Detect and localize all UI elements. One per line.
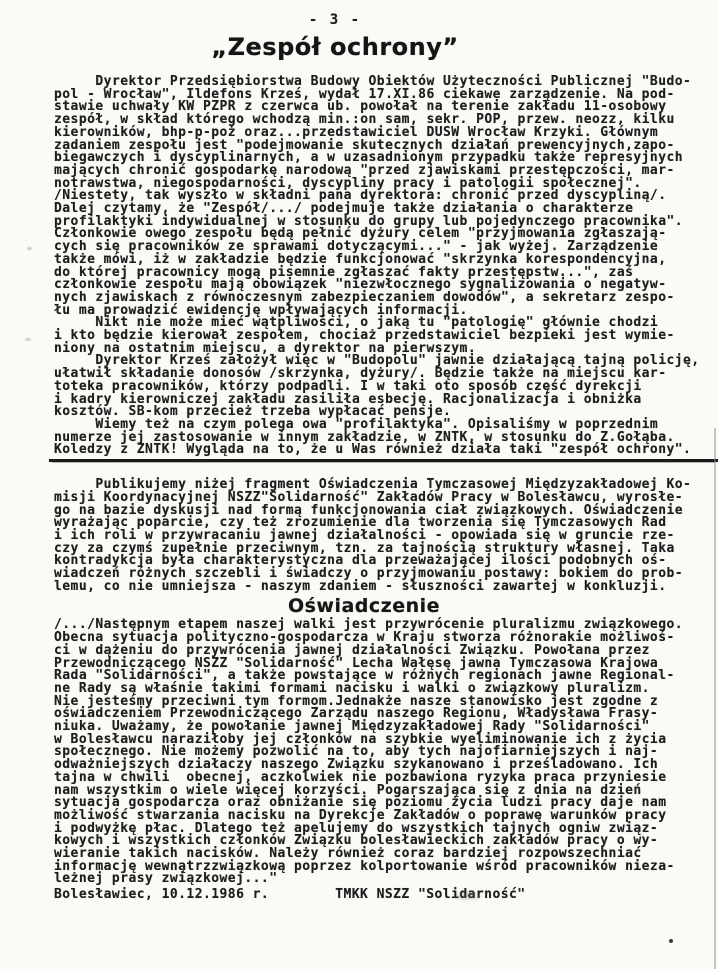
article-paragraph-1: Dyrektor Przedsiębiorstwa Budowy Obiektó… — [54, 76, 714, 317]
article-paragraph-4: Wiemy też na czym polega owa "profilakty… — [49, 419, 718, 462]
scan-smudge — [450, 890, 484, 902]
page-number: - 3 - — [0, 14, 670, 27]
text-column: Dyrektor Przedsiębiorstwa Budowy Obiektó… — [54, 76, 714, 902]
scan-speck — [669, 939, 673, 943]
statement-heading: Oświadczenie — [54, 595, 674, 617]
place-date: Bolesławiec, 10.12.1986 r. — [54, 889, 269, 902]
article-paragraph-2: Nikt nie może mieć wątpliwości, o jaką t… — [54, 317, 714, 355]
statement-body-paragraph: /.../Następnym etapem naszej walki jest … — [54, 619, 714, 886]
statement-intro-paragraph: Publikujemy niżej fragment Oświadczenia … — [54, 479, 714, 593]
article-title: „Zespół ochrony” — [0, 33, 670, 61]
scan-smudge — [26, 246, 33, 251]
scanned-page: { "page": { "number_label": "- 3 -", "pa… — [0, 0, 718, 969]
statement-footer: Bolesławiec, 10.12.1986 r. TMKK NSZZ "So… — [54, 889, 714, 902]
scan-edge-artifact — [714, 428, 716, 969]
signature: TMKK NSZZ "Solidarność" — [335, 889, 525, 902]
article-paragraph-3: Dyrektor Krześ założył więc w "Budopolu"… — [54, 355, 714, 419]
scan-smudge — [24, 337, 32, 342]
